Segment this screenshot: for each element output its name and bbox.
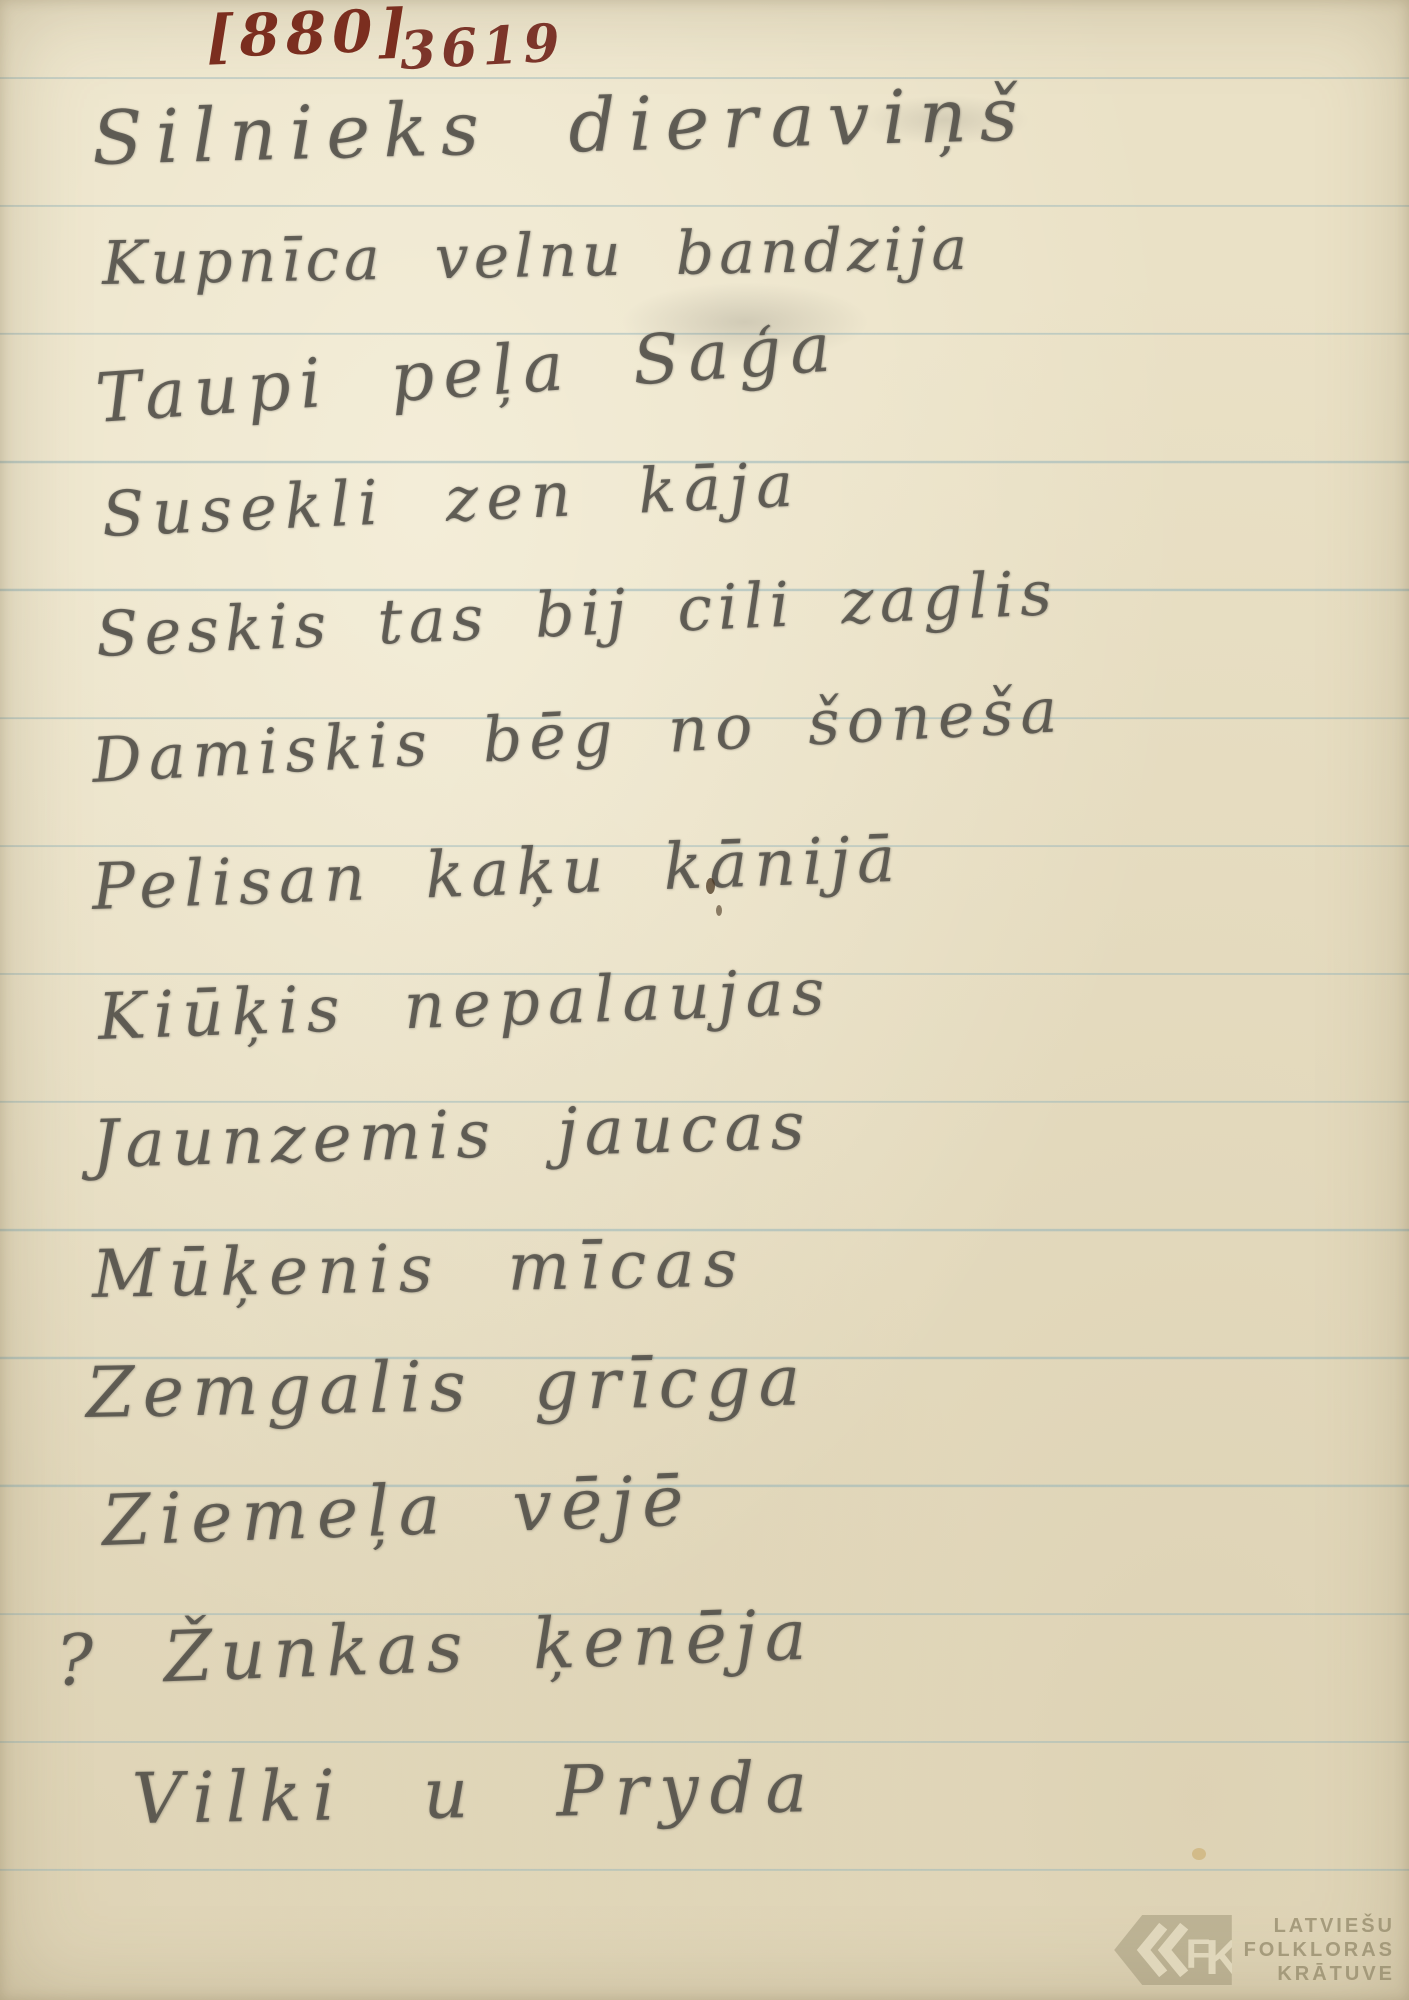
manuscript-line: Ziemeļa vējē [101,1465,694,1556]
manuscript-line: Zemgalis grīcga [85,1345,808,1428]
watermark-line-1: LATVIEŠU [1244,1914,1395,1938]
watermark-line-2: FOLKLORAS [1244,1938,1395,1962]
manuscript-line: Kupnīca velnu bandzija [101,219,972,294]
paper-stain [1192,1848,1206,1860]
folklore-archive-logo-icon: F K [1114,1915,1232,1985]
manuscript-line: ? Žunkas ķenēja [55,1600,816,1696]
manuscript-scan: [880] 3619 Silnieks dieraviņš Kupnīca ve… [0,0,1409,2000]
watermark-line-3: KRĀTUVE [1244,1962,1395,1986]
archive-stamp-number: [880] [205,1,413,66]
svg-text:K: K [1205,1931,1232,1985]
manuscript-line: Susekli zen kāja [101,454,803,546]
manuscript-line: Mūķenis mīcas [91,1231,747,1308]
manuscript-line: Vilki u Pryda [131,1752,818,1834]
manuscript-line: Taupi peļa Saģa [94,314,842,434]
manuscript-line: Damiskis bēg no šoneša [90,679,1065,792]
manuscript-line: Kiūķis nepalaujas [97,960,834,1050]
archive-watermark-text: LATVIEŠU FOLKLORAS KRĀTUVE [1244,1914,1395,1986]
manuscript-number: 3619 [399,17,566,78]
manuscript-line: Jaunzemis jaucas [91,1093,812,1178]
archive-watermark: F K LATVIEŠU FOLKLORAS KRĀTUVE [1114,1914,1395,1986]
manuscript-line: Silnieks dieraviņš [91,77,1032,176]
manuscript-line: Seskis tas bij cili zaglis [95,562,1059,666]
manuscript-line: Pelisan kaķu kānijā [91,828,903,920]
ink-speck [716,905,722,916]
